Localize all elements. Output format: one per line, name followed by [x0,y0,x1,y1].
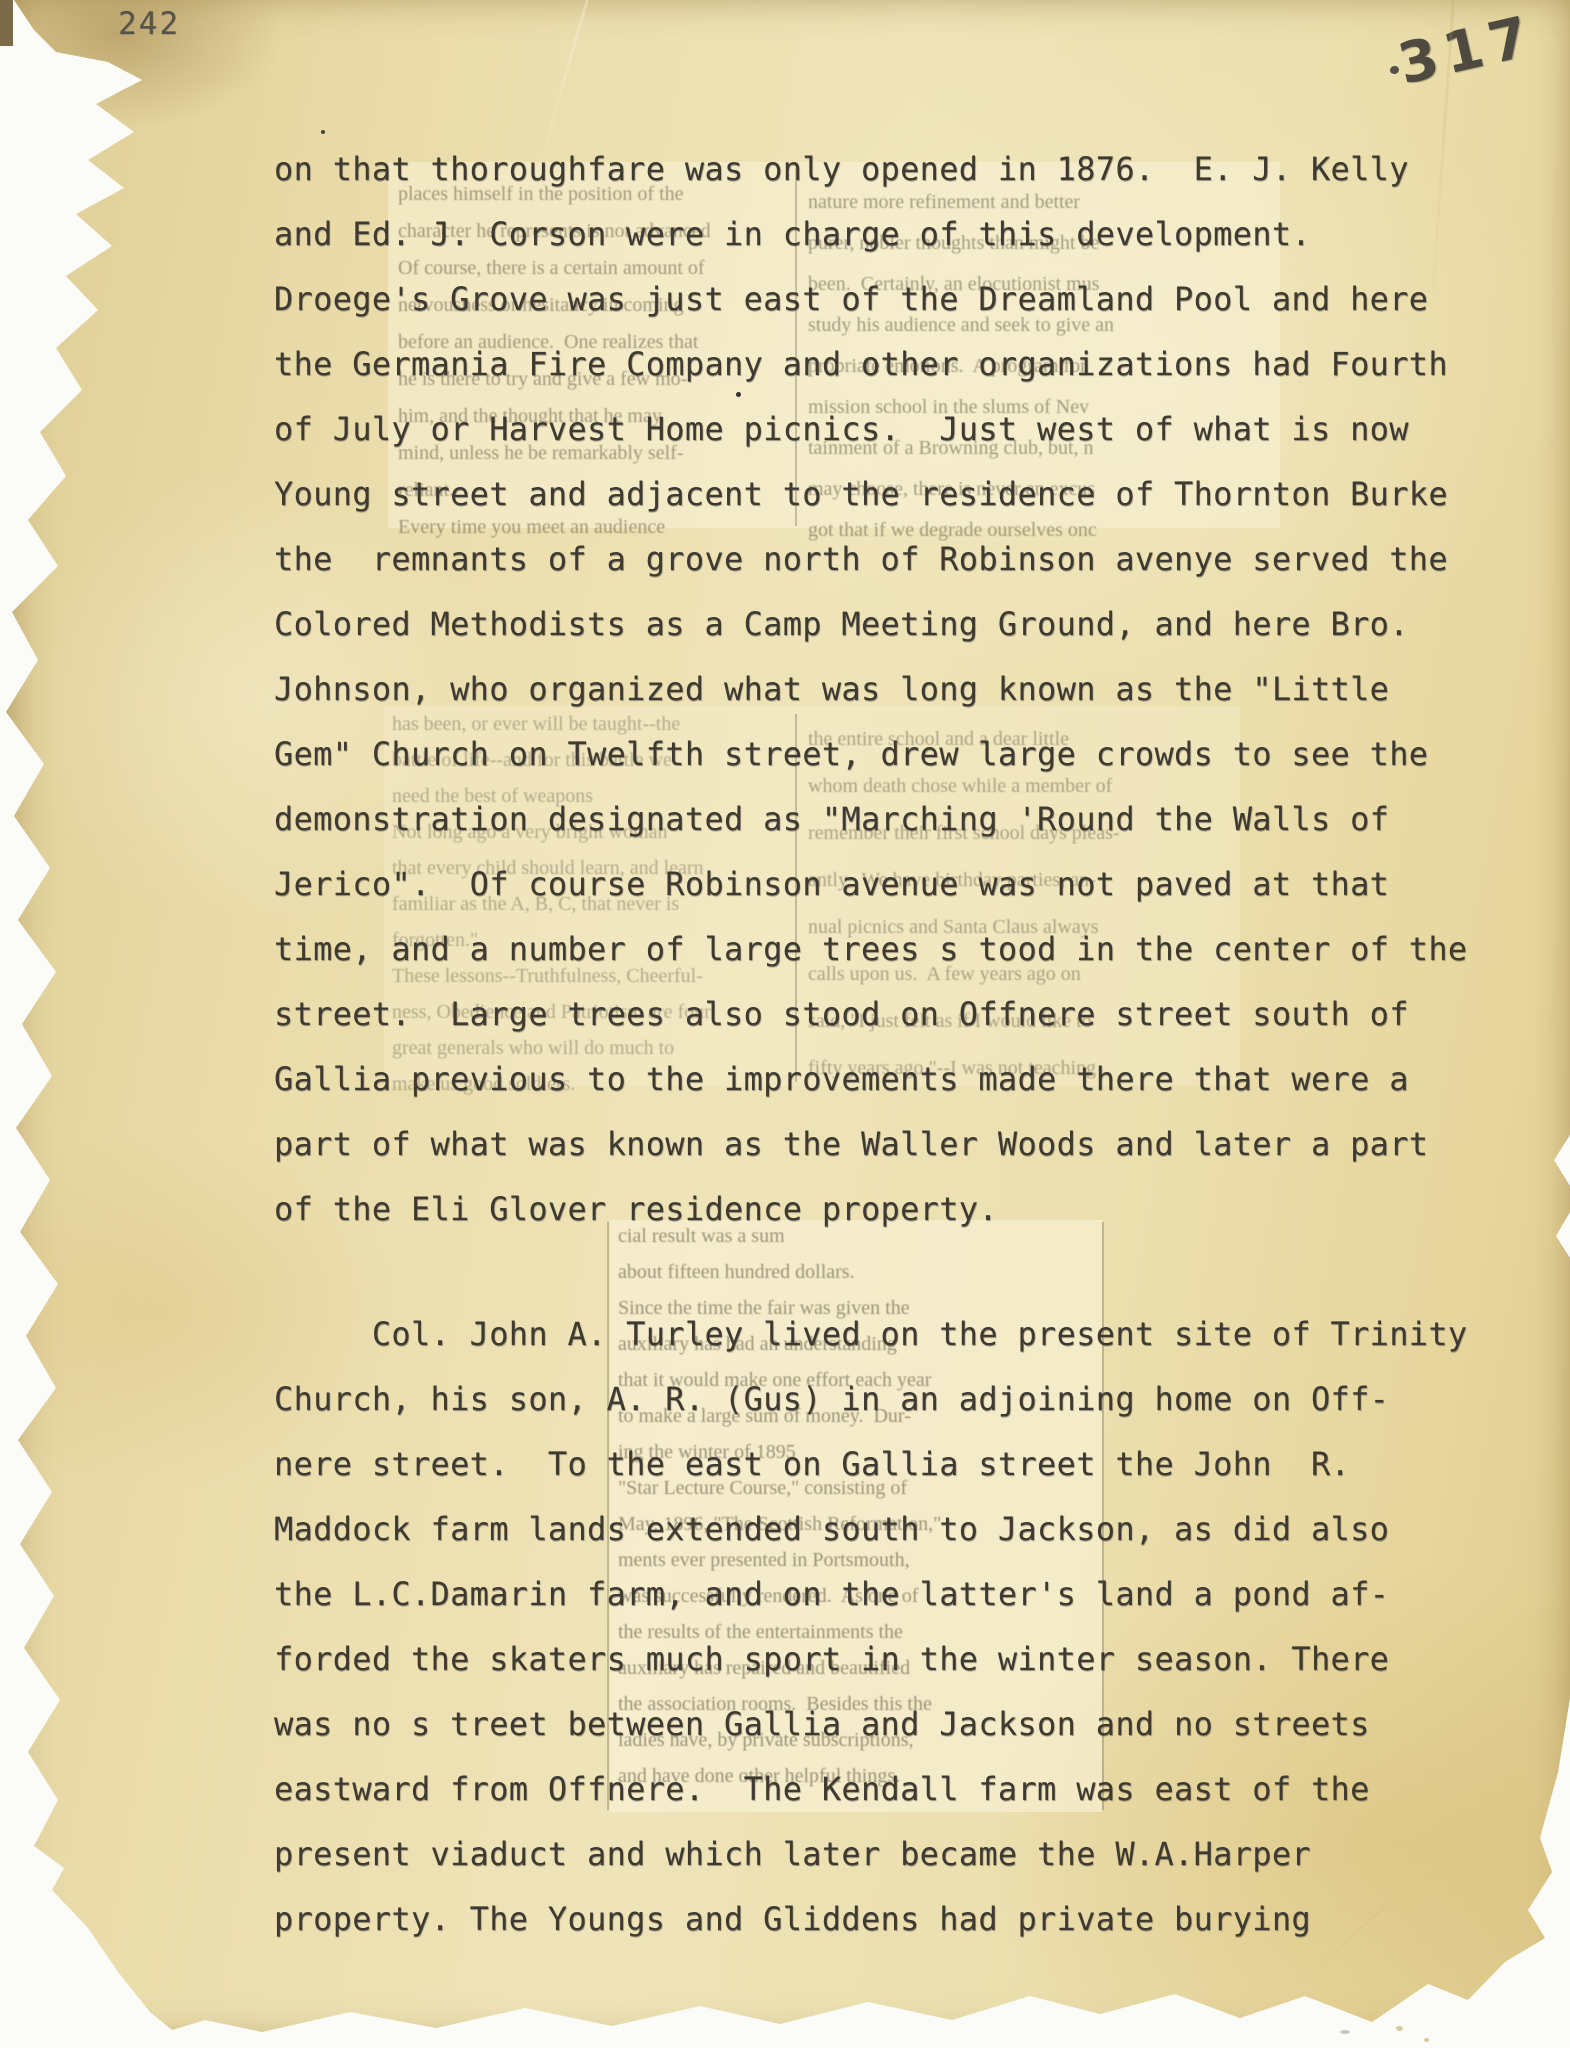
paper-crumb [1340,2030,1350,2034]
scanned-document-page: places himself in the position of thecha… [0,0,1570,2048]
page-number: 242 [118,6,180,42]
paper-sheet: places himself in the position of thecha… [0,0,1570,2048]
handwritten-folio-number: 317 [1392,3,1541,97]
ink-speck [321,130,325,134]
ink-speck [905,168,908,171]
paper-crumb [1396,2026,1403,2031]
ink-speck [736,392,741,397]
typed-paragraph-2: Col. John A. Turley lived on the present… [274,1302,1468,1952]
paper-crumb [1424,2038,1429,2042]
pen-mark-dot [1389,65,1400,75]
underlying-page-edge [0,0,13,46]
typed-paragraph-1: on that thoroughfare was only opened in … [274,137,1468,1242]
